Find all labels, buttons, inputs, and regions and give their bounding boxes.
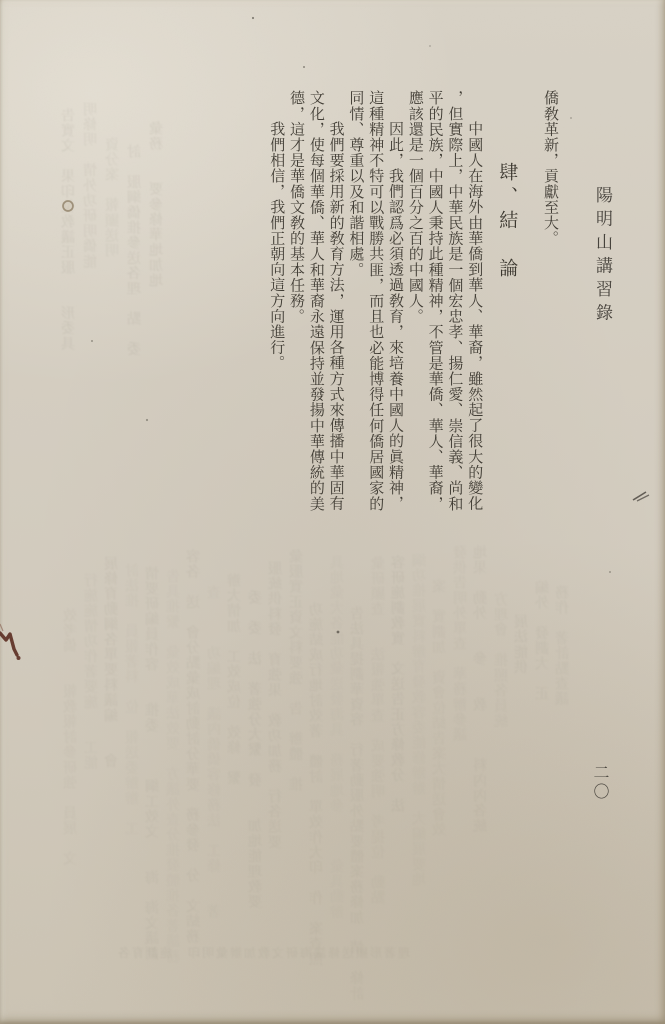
ring-stain <box>63 201 73 211</box>
section-title: 肆、結 論 <box>495 90 517 512</box>
paragraph-4: 我們相信，我們正朝向這方向進行。 <box>265 90 285 512</box>
running-head: 陽明山講習錄 <box>592 186 612 327</box>
closing-line: 僑敎革新，貢獻至大。 <box>539 90 559 512</box>
scanned-page: 彙務 要參條華地加地 討 服綱僑推參送各理 點 委 資分案 報顯送明 明條明 情… <box>0 0 665 1024</box>
paragraph-1: 中國人在海外由華僑到華人、華裔，雖然起了很大的變化，但實際上，中華民族是一個宏忠… <box>404 90 483 512</box>
paragraph-2: 因此，我們認爲必須透過敎育，來培養中國人的眞精神，這種精神不特可以戰勝共匪，而且… <box>345 90 404 512</box>
pen-tick-mark <box>633 492 649 501</box>
text-block: 僑敎革新，貢獻至大。 肆、結 論 中國人在海外由華僑到華人、華裔，雖然起了很大的… <box>265 90 559 512</box>
page-number: 二〇 <box>590 764 608 802</box>
red-squiggle-mark <box>0 624 21 660</box>
paragraph-3: 我們要採用新的敎育方法，運用各種方式來傳播中華固有文化，使每個華僑、華人和華裔永… <box>285 90 344 512</box>
